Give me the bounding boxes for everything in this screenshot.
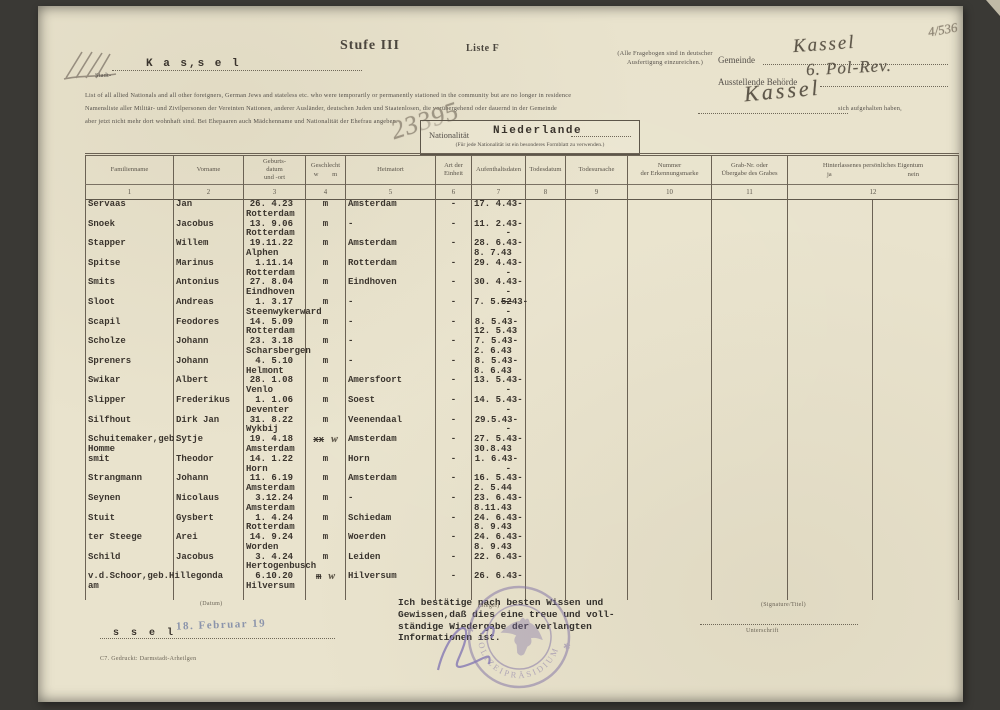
- cell-familienname: Smits: [86, 278, 174, 298]
- cell-vorname: Antonius: [174, 278, 244, 298]
- cell-todesursache: [566, 239, 628, 259]
- cell-vorname: Andreas: [174, 298, 244, 318]
- cell-familienname: Scholze: [86, 337, 174, 357]
- cell-familienname: Snoek: [86, 220, 174, 240]
- table-row: ScapilFeodores14. 5.09Rotterdamm--8. 5.4…: [86, 318, 959, 338]
- column-header: Familienname: [86, 155, 174, 185]
- cell-geburt: 1. 3.17Steenwykerward: [244, 298, 306, 318]
- cell-todesdatum: [526, 474, 566, 494]
- cell-einheit: -: [436, 455, 472, 475]
- table-row: SmitsAntonius27. 8.04EindhovenmEindhoven…: [86, 278, 959, 298]
- column-number: 9: [566, 185, 628, 200]
- column-number: 10: [628, 185, 712, 200]
- cell-heimatort: Amsterdam: [346, 474, 436, 494]
- cell-vorname: Theodor: [174, 455, 244, 475]
- column-header: Geschlechtwm: [306, 155, 346, 185]
- table-row: SpitseMarinus1.11.14RotterdammRotterdam-…: [86, 259, 959, 279]
- cell-todesdatum: [526, 514, 566, 534]
- cell-eigentum: [788, 416, 959, 436]
- cell-todesursache: [566, 416, 628, 436]
- cell-einheit: -: [436, 376, 472, 396]
- table-row: ScholzeJohann23. 3.18Scharsbergenm--7. 5…: [86, 337, 959, 357]
- cell-heimatort: -: [346, 494, 436, 514]
- column-number: 2: [174, 185, 244, 200]
- column-number: 5: [346, 185, 436, 200]
- signature-title-label: (Signature/Titel): [761, 602, 806, 608]
- stadt-value: K a s,s e l: [146, 58, 241, 70]
- cell-erkennungsmarke: [628, 514, 712, 534]
- cell-einheit: -: [436, 278, 472, 298]
- cell-familienname: Sloot: [86, 298, 174, 318]
- table-row: SeynenNicolaus3.12.24Amsterdamm--23. 6.4…: [86, 494, 959, 514]
- cell-todesdatum: [526, 220, 566, 240]
- cell-vorname: Sytje: [174, 435, 244, 455]
- cell-einheit: -: [436, 259, 472, 279]
- cell-heimatort: -: [346, 337, 436, 357]
- cell-eigentum: [788, 278, 959, 298]
- cell-grab: [712, 533, 788, 553]
- nationality-note: (Für jede Nationalität ist ein besondere…: [425, 142, 635, 148]
- cell-vorname: Jacobus: [174, 220, 244, 240]
- column-number: 11: [712, 185, 788, 200]
- cell-eigentum: [788, 474, 959, 494]
- cell-geschlecht: m: [306, 239, 346, 259]
- cell-eigentum: [788, 553, 959, 573]
- cell-erkennungsmarke: [628, 435, 712, 455]
- cell-vorname: Johann: [174, 337, 244, 357]
- typed-place-partial: s s e l: [113, 628, 176, 639]
- datum-label: (Datum): [200, 601, 222, 607]
- signature-fill-line: [700, 610, 858, 625]
- cell-einheit: -: [436, 396, 472, 416]
- cell-geburt: 1.11.14Rotterdam: [244, 259, 306, 279]
- cell-erkennungsmarke: [628, 572, 712, 592]
- table-row: smitTheodor14. 1.22HornmHorn-1. 6.43--: [86, 455, 959, 475]
- cell-aufenthaltsdaten: 8. 5.43-12. 5.43: [472, 318, 526, 338]
- cell-geschlecht: m: [306, 455, 346, 475]
- cell-aufenthaltsdaten: 7. 5.43-2. 6.43: [472, 337, 526, 357]
- cell-todesdatum: [526, 553, 566, 573]
- cell-geschlecht: m: [306, 278, 346, 298]
- column-number: 3: [244, 185, 306, 200]
- cell-grab: [712, 239, 788, 259]
- cell-eigentum: [788, 337, 959, 357]
- cell-geschlecht: m: [306, 396, 346, 416]
- cell-heimatort: Horn: [346, 455, 436, 475]
- cell-geburt: 3.12.24Amsterdam: [244, 494, 306, 514]
- cell-todesdatum: [526, 416, 566, 436]
- cell-heimatort: -: [346, 318, 436, 338]
- cell-familienname: Strangmann: [86, 474, 174, 494]
- cell-einheit: -: [436, 533, 472, 553]
- cell-todesursache: [566, 533, 628, 553]
- column-header: Art der Einheit: [436, 155, 472, 185]
- cell-geschlecht: m: [306, 337, 346, 357]
- cell-aufenthaltsdaten: 24. 6.43-8. 9.43: [472, 514, 526, 534]
- column-header: Todesdatum: [526, 155, 566, 185]
- cell-aufenthaltsdaten: 16. 5.43-2. 5.44: [472, 474, 526, 494]
- cell-geschlecht: m: [306, 514, 346, 534]
- cell-geburt: 26. 4.23Rotterdam: [244, 200, 306, 220]
- cell-geburt: 1. 1.06Deventer: [244, 396, 306, 416]
- cell-aufenthaltsdaten: 13. 5.43--: [472, 376, 526, 396]
- cell-todesursache: [566, 318, 628, 338]
- cell-erkennungsmarke: [628, 494, 712, 514]
- table-row: StrangmannJohann11. 6.19AmsterdammAmster…: [86, 474, 959, 494]
- cell-aufenthaltsdaten: 30. 4.43--: [472, 278, 526, 298]
- cell-todesursache: [566, 376, 628, 396]
- cell-todesdatum: [526, 494, 566, 514]
- nationality-label: Nationalität: [429, 130, 469, 140]
- cell-vorname: Jacobus: [174, 553, 244, 573]
- cell-vorname: Jan: [174, 200, 244, 220]
- gemeinde-value: Kassel: [792, 32, 856, 58]
- cell-grab: [712, 200, 788, 220]
- cell-geburt: 6.10.20Hilversum: [244, 572, 306, 592]
- cell-grab: [712, 337, 788, 357]
- cell-einheit: -: [436, 239, 472, 259]
- cell-aufenthaltsdaten: 27. 5.43-30.8.43: [472, 435, 526, 455]
- cell-aufenthaltsdaten: 28. 6.43-8. 7.43: [472, 239, 526, 259]
- cell-vorname: Gysbert: [174, 514, 244, 534]
- column-header: Heimatort: [346, 155, 436, 185]
- cell-todesursache: [566, 455, 628, 475]
- cell-geburt: 31. 8.22Wykbij: [244, 416, 306, 436]
- column-header: Hinterlassenes persönliches Eigentumjane…: [788, 155, 959, 185]
- cell-todesdatum: [526, 200, 566, 220]
- signature-icon: [426, 608, 521, 693]
- cell-todesdatum: [526, 376, 566, 396]
- cell-erkennungsmarke: [628, 357, 712, 377]
- cell-erkennungsmarke: [628, 220, 712, 240]
- cell-eigentum: [788, 494, 959, 514]
- cell-grab: [712, 494, 788, 514]
- cell-heimatort: Woerden: [346, 533, 436, 553]
- cell-familienname: Seynen: [86, 494, 174, 514]
- cell-einheit: -: [436, 318, 472, 338]
- cell-todesursache: [566, 200, 628, 220]
- cell-aufenthaltsdaten: 14. 5.43--: [472, 396, 526, 416]
- torn-corner: [986, 0, 1000, 16]
- intro-line-de1-suffix: sich aufgehalten haben,: [838, 105, 902, 114]
- cell-einheit: -: [436, 514, 472, 534]
- cell-heimatort: Rotterdam: [346, 259, 436, 279]
- cell-erkennungsmarke: [628, 396, 712, 416]
- cell-grab: [712, 553, 788, 573]
- cell-geburt: 23. 3.18Scharsbergen: [244, 337, 306, 357]
- cell-erkennungsmarke: [628, 376, 712, 396]
- cell-todesdatum: [526, 455, 566, 475]
- cell-aufenthaltsdaten: 8. 5.43-8. 6.43: [472, 357, 526, 377]
- cell-grab: [712, 396, 788, 416]
- cell-eigentum: [788, 259, 959, 279]
- table-row: ServaasJan26. 4.23RotterdammAmsterdam-17…: [86, 200, 959, 220]
- table-row: SlootAndreas1. 3.17Steenwykerwardm--7. 5…: [86, 298, 959, 318]
- cell-vorname: Nicolaus: [174, 494, 244, 514]
- cell-familienname: Scapil: [86, 318, 174, 338]
- cell-erkennungsmarke: [628, 200, 712, 220]
- cell-familienname: smit: [86, 455, 174, 475]
- cell-heimatort: Amsterdam: [346, 239, 436, 259]
- unterschrift-label: Unterschrift: [746, 628, 779, 634]
- cell-eigentum: [788, 318, 959, 338]
- cell-geburt: 14. 1.22Horn: [244, 455, 306, 475]
- cell-erkennungsmarke: [628, 533, 712, 553]
- cell-erkennungsmarke: [628, 278, 712, 298]
- cell-geburt: 11. 6.19Amsterdam: [244, 474, 306, 494]
- cell-grab: [712, 376, 788, 396]
- cell-geburt: 19. 4.18Amsterdam: [244, 435, 306, 455]
- cell-todesursache: [566, 494, 628, 514]
- cell-familienname: v.d.Schoor,geb.Hillegondaam: [86, 572, 174, 592]
- cell-familienname: ter Steege: [86, 533, 174, 553]
- cell-heimatort: Amsterdam: [346, 435, 436, 455]
- cell-todesdatum: [526, 259, 566, 279]
- cell-todesdatum: [526, 337, 566, 357]
- cell-einheit: -: [436, 337, 472, 357]
- cell-vorname: Frederikus: [174, 396, 244, 416]
- cell-grab: [712, 572, 788, 592]
- cell-aufenthaltsdaten: 29.5.43--: [472, 416, 526, 436]
- cell-eigentum: [788, 455, 959, 475]
- table-row: SwikarAlbert28. 1.08VenlomAmersfoort-13.…: [86, 376, 959, 396]
- cell-familienname: Stuit: [86, 514, 174, 534]
- cell-familienname: Silfhout: [86, 416, 174, 436]
- cell-aufenthaltsdaten: 1. 6.43--: [472, 455, 526, 475]
- cell-heimatort: Leiden: [346, 553, 436, 573]
- cell-eigentum: [788, 200, 959, 220]
- cell-todesdatum: [526, 435, 566, 455]
- cell-geschlecht: xxw: [306, 435, 346, 455]
- cell-todesdatum: [526, 357, 566, 377]
- cell-geburt: 13. 9.06Rotterdam: [244, 220, 306, 240]
- cell-geschlecht: m: [306, 259, 346, 279]
- document-scan: 4/536 Stufe III Liste F Stadt- K a s,s e…: [0, 0, 1000, 710]
- cell-geschlecht: m: [306, 220, 346, 240]
- cell-heimatort: Amersfoort: [346, 376, 436, 396]
- cell-todesursache: [566, 396, 628, 416]
- cell-einheit: -: [436, 416, 472, 436]
- cell-erkennungsmarke: [628, 474, 712, 494]
- cell-grab: [712, 298, 788, 318]
- cell-geschlecht: m: [306, 494, 346, 514]
- cell-grab: [712, 416, 788, 436]
- cell-geschlecht: m: [306, 318, 346, 338]
- cell-grab: [712, 259, 788, 279]
- column-number: 12: [788, 185, 959, 200]
- cell-geburt: 14. 9.24Worden: [244, 533, 306, 553]
- cell-einheit: -: [436, 494, 472, 514]
- cell-todesursache: [566, 298, 628, 318]
- cell-erkennungsmarke: [628, 416, 712, 436]
- cell-geschlecht: m: [306, 533, 346, 553]
- column-number: 7: [472, 185, 526, 200]
- cell-heimatort: -: [346, 220, 436, 240]
- cell-grab: [712, 357, 788, 377]
- form-list-title: Liste F: [466, 43, 499, 54]
- cell-todesursache: [566, 278, 628, 298]
- table-row: SlipperFrederikus1. 1.06DeventermSoest-1…: [86, 396, 959, 416]
- cell-todesursache: [566, 220, 628, 240]
- cell-vorname: Feodores: [174, 318, 244, 338]
- cell-aufenthaltsdaten: 17. 4.43-: [472, 200, 526, 220]
- cell-vorname: Arei: [174, 533, 244, 553]
- cell-grab: [712, 318, 788, 338]
- table-row: SnoekJacobus13. 9.06Rotterdamm--11. 2.43…: [86, 220, 959, 240]
- cell-vorname: Dirk Jan: [174, 416, 244, 436]
- cell-grab: [712, 474, 788, 494]
- cell-aufenthaltsdaten: 29. 4.43--: [472, 259, 526, 279]
- cell-familienname: Schild: [86, 553, 174, 573]
- cell-geburt: 14. 5.09Rotterdam: [244, 318, 306, 338]
- cell-todesursache: [566, 474, 628, 494]
- cell-todesursache: [566, 337, 628, 357]
- cell-vorname: Albert: [174, 376, 244, 396]
- column-header: Todesursache: [566, 155, 628, 185]
- stadt-label: Stadt-: [95, 72, 111, 81]
- corner-number: 4/536: [927, 20, 959, 41]
- cell-erkennungsmarke: [628, 318, 712, 338]
- cell-heimatort: Veenendaal: [346, 416, 436, 436]
- cell-geburt: 27. 8.04Eindhoven: [244, 278, 306, 298]
- cell-heimatort: Schiedam: [346, 514, 436, 534]
- printer-note: C7. Gedruckt: Darmstadt-Arheilgen: [100, 656, 196, 662]
- gemeinde-label: Gemeinde: [718, 55, 755, 65]
- column-header: Nummer der Erkennungsmarke: [628, 155, 712, 185]
- table-row: ter SteegeArei14. 9.24WordenmWoerden-24.…: [86, 533, 959, 553]
- cell-familienname: Spitse: [86, 259, 174, 279]
- cell-eigentum: [788, 533, 959, 553]
- cell-geschlecht: m: [306, 474, 346, 494]
- table-row: SchildJacobus3. 4.24HertogenbuschmLeiden…: [86, 553, 959, 573]
- form-paper: 4/536 Stufe III Liste F Stadt- K a s,s e…: [38, 6, 963, 702]
- column-header: Geburts- datum und -ort: [244, 155, 306, 185]
- cell-geschlecht: m: [306, 200, 346, 220]
- cell-aufenthaltsdaten: 7. 5.5243--: [472, 298, 526, 318]
- cell-todesursache: [566, 357, 628, 377]
- table-row: StuitGysbert1. 4.24RotterdammSchiedam-24…: [86, 514, 959, 534]
- submission-note: (Alle Fragebogen sind in deutscher Ausfe…: [600, 50, 730, 67]
- cell-heimatort: -: [346, 357, 436, 377]
- cell-grab: [712, 220, 788, 240]
- cell-todesursache: [566, 259, 628, 279]
- cell-aufenthaltsdaten: 24. 6.43-8. 9.43: [472, 533, 526, 553]
- cell-heimatort: Amsterdam: [346, 200, 436, 220]
- column-header: Vorname: [174, 155, 244, 185]
- cell-familienname: Servaas: [86, 200, 174, 220]
- cell-familienname: Schuitemaker,geb.Homme: [86, 435, 174, 455]
- svg-text:✱: ✱: [562, 641, 571, 652]
- column-header: Grab-Nr. oder Übergabe des Grabes: [712, 155, 788, 185]
- cell-vorname: Willem: [174, 239, 244, 259]
- cell-eigentum: [788, 514, 959, 534]
- cell-einheit: -: [436, 200, 472, 220]
- cell-erkennungsmarke: [628, 337, 712, 357]
- cell-geschlecht: mw: [306, 572, 346, 592]
- cell-erkennungsmarke: [628, 239, 712, 259]
- cell-todesursache: [566, 553, 628, 573]
- cell-geschlecht: m: [306, 376, 346, 396]
- cell-geburt: 28. 1.08Venlo: [244, 376, 306, 396]
- cell-einheit: -: [436, 357, 472, 377]
- cell-todesursache: [566, 435, 628, 455]
- table-row: SprenersJohann4. 5.10Helmontm--8. 5.43-8…: [86, 357, 959, 377]
- nationality-value: Niederlande: [493, 125, 582, 137]
- cell-heimatort: Hilversum: [346, 572, 436, 592]
- table-row: StapperWillem19.11.22AlphenmAmsterdam-28…: [86, 239, 959, 259]
- cell-geschlecht: m: [306, 357, 346, 377]
- cell-grab: [712, 435, 788, 455]
- column-number: 1: [86, 185, 174, 200]
- table-row: Schuitemaker,geb.HommeSytje19. 4.18Amste…: [86, 435, 959, 455]
- cell-eigentum: [788, 435, 959, 455]
- cell-einheit: -: [436, 220, 472, 240]
- cell-familienname: Swikar: [86, 376, 174, 396]
- cell-aufenthaltsdaten: 11. 2.43--: [472, 220, 526, 240]
- cell-geburt: 4. 5.10Helmont: [244, 357, 306, 377]
- cell-eigentum: [788, 220, 959, 240]
- cell-todesdatum: [526, 396, 566, 416]
- nationality-box: Nationalität Niederlande (Für jede Natio…: [420, 120, 640, 155]
- cell-grab: [712, 455, 788, 475]
- cell-geschlecht: m: [306, 416, 346, 436]
- cell-erkennungsmarke: [628, 259, 712, 279]
- cell-vorname: Johann: [174, 357, 244, 377]
- cell-eigentum: [788, 376, 959, 396]
- column-header: Aufenthaltsdaten: [472, 155, 526, 185]
- register-table: FamiliennameVornameGeburts- datum und -o…: [85, 153, 959, 600]
- table-row: SilfhoutDirk Jan31. 8.22WykbijmVeenendaa…: [86, 416, 959, 436]
- cell-eigentum: [788, 572, 959, 592]
- register-table-wrap: FamiliennameVornameGeburts- datum und -o…: [85, 153, 958, 600]
- cell-erkennungsmarke: [628, 298, 712, 318]
- cell-todesdatum: [526, 298, 566, 318]
- cell-todesdatum: [526, 239, 566, 259]
- column-number: 4: [306, 185, 346, 200]
- cell-heimatort: Eindhoven: [346, 278, 436, 298]
- cell-geburt: 1. 4.24Rotterdam: [244, 514, 306, 534]
- cell-eigentum: [788, 357, 959, 377]
- cell-geburt: 3. 4.24Hertogenbusch: [244, 553, 306, 573]
- cell-grab: [712, 514, 788, 534]
- cell-einheit: -: [436, 474, 472, 494]
- cell-erkennungsmarke: [628, 455, 712, 475]
- cell-heimatort: Soest: [346, 396, 436, 416]
- cell-todesdatum: [526, 278, 566, 298]
- column-number: 8: [526, 185, 566, 200]
- cell-heimatort: -: [346, 298, 436, 318]
- cell-erkennungsmarke: [628, 553, 712, 573]
- cell-familienname: Stapper: [86, 239, 174, 259]
- cell-todesdatum: [526, 318, 566, 338]
- nationality-fill-line: [571, 123, 631, 137]
- cell-grab: [712, 278, 788, 298]
- cell-eigentum: [788, 298, 959, 318]
- cell-familienname: Spreners: [86, 357, 174, 377]
- cell-aufenthaltsdaten: 23. 6.43-8.11.43: [472, 494, 526, 514]
- cell-eigentum: [788, 396, 959, 416]
- cell-familienname: Slipper: [86, 396, 174, 416]
- cell-eigentum: [788, 239, 959, 259]
- cell-einheit: -: [436, 298, 472, 318]
- cell-einheit: -: [436, 435, 472, 455]
- cell-geburt: 19.11.22Alphen: [244, 239, 306, 259]
- cell-todesdatum: [526, 533, 566, 553]
- cell-todesursache: [566, 514, 628, 534]
- cell-vorname: Marinus: [174, 259, 244, 279]
- cell-vorname: Johann: [174, 474, 244, 494]
- column-number: 6: [436, 185, 472, 200]
